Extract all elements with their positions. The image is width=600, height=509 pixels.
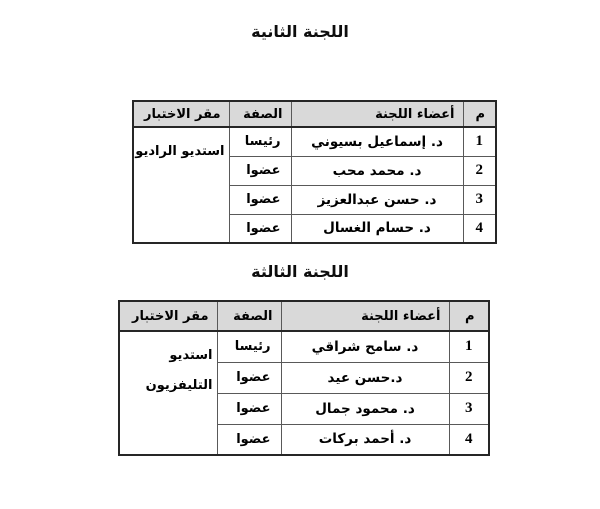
row-number: 1 [449,331,489,362]
member-name: د. محمد محب [291,156,463,185]
row-number: 2 [463,156,496,185]
committee-2-title: اللجنة الثانية [0,22,600,41]
table-header-row: م أعضاء اللجنة الصفة مقر الاختبار [133,101,496,127]
column-header-role: الصفة [229,101,291,127]
row-number: 3 [463,185,496,214]
member-role: رئيسا [217,331,281,362]
member-name: د. محمود جمال [281,393,449,424]
column-header-venue: مقر الاختبار [119,301,217,331]
table-row: 1 د. إسماعيل بسيوني رئيسا استديو الراديو [133,127,496,156]
exam-venue: استديو الراديو [133,127,229,243]
member-name: د. حسن عبدالعزيز [291,185,463,214]
column-header-members: أعضاء اللجنة [291,101,463,127]
committee-3-title: اللجنة الثالثة [0,262,600,281]
member-name: د. حسام الغسال [291,214,463,243]
member-role: عضوا [217,362,281,393]
document-page: اللجنة الثانية م أعضاء اللجنة الصفة مقر … [0,0,600,509]
column-header-members: أعضاء اللجنة [281,301,449,331]
row-number: 1 [463,127,496,156]
member-role: عضوا [229,156,291,185]
column-header-number: م [463,101,496,127]
column-header-role: الصفة [217,301,281,331]
member-name: د. أحمد بركات [281,424,449,455]
column-header-venue: مقر الاختبار [133,101,229,127]
member-role: عضوا [229,214,291,243]
committee-3-table: م أعضاء اللجنة الصفة مقر الاختبار 1 د. س… [118,300,490,456]
row-number: 4 [463,214,496,243]
member-name: د. سامح شراقي [281,331,449,362]
member-role: عضوا [229,185,291,214]
table-header-row: م أعضاء اللجنة الصفة مقر الاختبار [119,301,489,331]
member-name: د. إسماعيل بسيوني [291,127,463,156]
table-row: 1 د. سامح شراقي رئيسا استديو التليفزيون [119,331,489,362]
row-number: 4 [449,424,489,455]
exam-venue: استديو التليفزيون [119,331,217,455]
member-name: د.حسن عيد [281,362,449,393]
committee-2-table: م أعضاء اللجنة الصفة مقر الاختبار 1 د. إ… [132,100,497,244]
column-header-number: م [449,301,489,331]
member-role: عضوا [217,393,281,424]
member-role: رئيسا [229,127,291,156]
row-number: 3 [449,393,489,424]
row-number: 2 [449,362,489,393]
member-role: عضوا [217,424,281,455]
